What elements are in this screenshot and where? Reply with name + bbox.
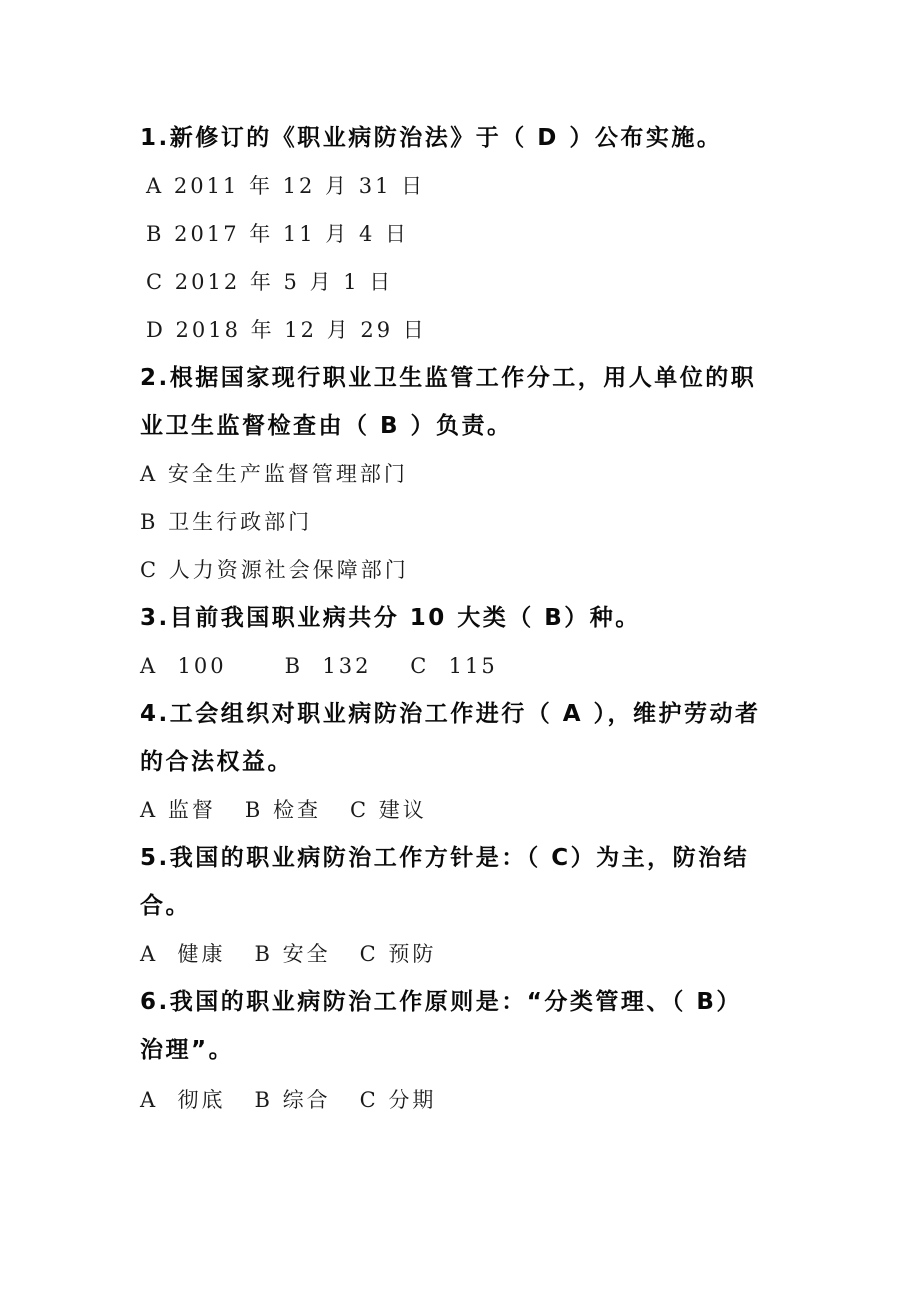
question-3-options: A 100 B 132 C 115 — [140, 642, 498, 690]
question-6-text-line-2: 治理”。 — [140, 1026, 234, 1074]
question-1-text: 1.新修订的《职业病防治法》于（ D ）公布实施。 — [140, 114, 722, 162]
question-5-text-line-2: 合。 — [140, 882, 191, 930]
question-4-options: A 监督 B 检查 C 建议 — [140, 786, 427, 834]
question-2-text-line-2: 业卫生监督检查由（ B ）负责。 — [140, 402, 513, 450]
question-1-option-b: B 2017 年 11 月 4 日 — [146, 210, 409, 258]
question-4-text-line-1: 4.工会组织对职业病防治工作进行（ A ），维护劳动者 — [140, 690, 761, 738]
question-2-text-line-1: 2.根据国家现行职业卫生监管工作分工，用人单位的职 — [140, 354, 756, 402]
document-page: 1.新修订的《职业病防治法》于（ D ）公布实施。 A 2011 年 12 月 … — [0, 0, 920, 1302]
question-5-options: A 健康 B 安全 C 预防 — [140, 930, 436, 978]
question-1-option-d: D 2018 年 12 月 29 日 — [146, 306, 427, 354]
question-1-option-c: C 2012 年 5 月 1 日 — [146, 258, 393, 306]
question-2-option-b: B 卫生行政部门 — [140, 498, 312, 546]
question-6-options: A 彻底 B 综合 C 分期 — [140, 1076, 436, 1124]
question-2-option-c: C 人力资源社会保障部门 — [140, 546, 409, 594]
question-2-option-a: A 安全生产监督管理部门 — [140, 450, 408, 498]
question-6-text-line-1: 6.我国的职业病防治工作原则是：“分类管理、（ B） — [140, 978, 742, 1026]
question-5-text-line-1: 5.我国的职业病防治工作方针是：（ C）为主，防治结 — [140, 834, 749, 882]
question-3-text: 3.目前我国职业病共分 10 大类（ B）种。 — [140, 594, 641, 642]
question-1-option-a: A 2011 年 12 月 31 日 — [146, 162, 425, 210]
question-4-text-line-2: 的合法权益。 — [140, 738, 293, 786]
